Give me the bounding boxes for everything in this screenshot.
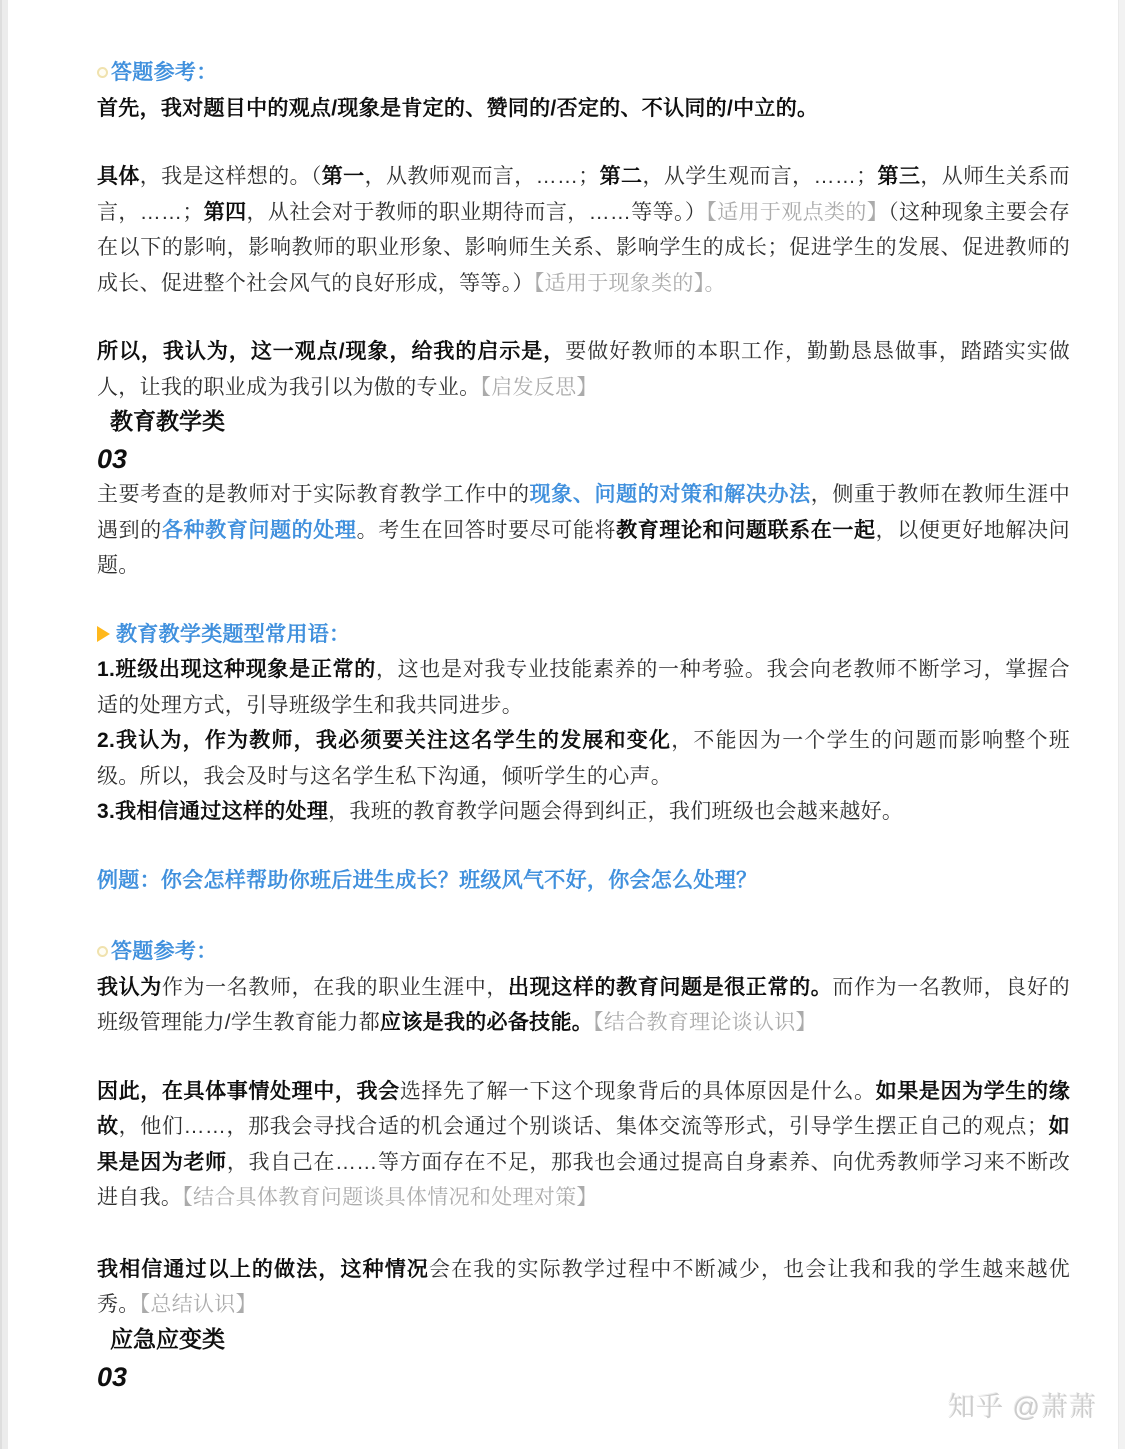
paragraph-edu-intro: 主要考查的是教师对于实际教育教学工作中的现象、问题的对策和解决办法，侧重于教师在… <box>97 477 1070 584</box>
list-item: 2.我认为，作为教师，我必须要关注这名学生的发展和变化，不能因为一个学生的问题而… <box>97 723 1070 794</box>
bracket-note: 【结合具体教育问题谈具体情况和处理对策】 <box>182 1186 598 1209</box>
section-number: 03 <box>97 441 1070 477</box>
text-run: ，我班的教育教学问题会得到纠正，我们班级也会越来越好。 <box>328 800 903 823</box>
text-run: 2.我认为，作为教师，我必须要关注这名学生的发展和变化 <box>97 729 671 752</box>
answer-reference-label: 答题参考： <box>111 940 218 963</box>
text-run: 。考生在回答时要尽可能将 <box>357 519 617 542</box>
answer-reference-label: 答题参考： <box>111 61 218 84</box>
text-run: 第一 <box>322 165 365 188</box>
text-run: 我相信通过以上的做法，这种情况 <box>97 1258 429 1281</box>
section-title-education-teaching: 教育教学类 <box>97 405 1070 437</box>
circle-bullet-icon <box>97 67 108 78</box>
arrow-right-icon <box>97 626 110 642</box>
common-phrases-label: 教育教学类题型常用语： <box>116 623 350 646</box>
text-run: ，从学生观而言，……； <box>642 165 877 188</box>
text-run: 首先，我对题目中的观点/现象是肯定的、赞同的/否定的、不认同的/中立的。 <box>97 97 818 120</box>
text-run: 主要考查的是教师对于实际教育教学工作中的 <box>97 483 530 506</box>
example-question: 例题：你会怎样帮助你班后进生成长？班级风气不好，你会怎么处理？ <box>97 863 1070 899</box>
section-title-emergency-response: 应急应变类 <box>97 1323 1070 1355</box>
text-run: 应该是我的必备技能。 <box>380 1011 593 1034</box>
text-run: ，从社会对于教师的职业期待而言，……等等。） <box>247 201 707 224</box>
zhihu-watermark: 知乎 @萧萧 <box>948 1385 1097 1424</box>
bracket-note: 【总结认识】 <box>140 1293 257 1316</box>
article-body: 答题参考： 首先，我对题目中的观点/现象是肯定的、赞同的/否定的、不认同的/中立… <box>97 55 1070 1395</box>
text-run: ，我是这样想的。（ <box>140 165 322 188</box>
text-run: 教育理论和问题联系在一起 <box>616 519 876 542</box>
circle-bullet-icon <box>97 946 108 957</box>
paragraph-specific: 具体，我是这样想的。（第一，从教师观而言，……；第二，从学生观而言，……；第三，… <box>97 159 1070 301</box>
section-number: 03 <box>97 1359 1070 1395</box>
text-run: 所以，我认为，这一观点/现象，给我的启示是， <box>97 340 565 363</box>
bracket-note: 【结合教育理论谈认识】 <box>593 1011 817 1034</box>
text-run: ，他们……，那我会寻找合适的机会通过个别谈话、集体交流等形式，引导学生摆正自己的… <box>119 1115 1049 1138</box>
highlight-blue-run: 现象、问题的对策和解决办法 <box>530 483 811 506</box>
answer-reference-heading: 答题参考： <box>97 55 1070 91</box>
bracket-note: 【适用于观点类的】 <box>706 201 888 224</box>
list-item: 1.班级出现这种现象是正常的，这也是对我专业技能素养的一种考验。我会向老教师不断… <box>97 652 1070 723</box>
paragraph-answer-2: 因此，在具体事情处理中，我会选择先了解一下这个现象背后的具体原因是什么。如果是因… <box>97 1074 1070 1216</box>
text-run: 3.我相信通过这样的处理 <box>97 800 328 823</box>
text-run: 我认为 <box>97 976 162 999</box>
list-item: 3.我相信通过这样的处理，我班的教育教学问题会得到纠正，我们班级也会越来越好。 <box>97 794 1070 830</box>
page-right-gutter <box>1118 0 1125 1449</box>
text-run: 1.班级出现这种现象是正常的 <box>97 658 376 681</box>
common-phrases-heading: 教育教学类题型常用语： <box>97 617 1070 653</box>
answer-reference-heading: 答题参考： <box>97 934 1070 970</box>
text-run: ，从教师观而言，……； <box>365 165 600 188</box>
text-run: 第三 <box>877 165 920 188</box>
paragraph-answer-3: 我相信通过以上的做法，这种情况会在我的实际教学过程中不断减少，也会让我和我的学生… <box>97 1252 1070 1323</box>
paragraph-firstly: 首先，我对题目中的观点/现象是肯定的、赞同的/否定的、不认同的/中立的。 <box>97 91 1070 127</box>
bracket-note: 【适用于现象类的】。 <box>534 272 726 295</box>
text-run: 具体 <box>97 165 140 188</box>
paragraph-therefore: 所以，我认为，这一观点/现象，给我的启示是，要做好教师的本职工作，勤勤恳恳做事，… <box>97 334 1070 405</box>
paragraph-answer-1: 我认为作为一名教师，在我的职业生涯中，出现这样的教育问题是很正常的。而作为一名教… <box>97 970 1070 1041</box>
text-run: 因此，在具体事情处理中，我会 <box>97 1080 400 1103</box>
text-run: 第四 <box>204 201 247 224</box>
page-left-gutter <box>0 0 8 1449</box>
highlight-blue-run: 各种教育问题的处理 <box>162 519 357 542</box>
bracket-note: 【启发反思】 <box>480 376 597 399</box>
text-run: 选择先了解一下这个现象背后的具体原因是什么。 <box>400 1080 876 1103</box>
text-run: 第二 <box>600 165 643 188</box>
text-run: 出现这样的教育问题是很正常的。 <box>508 976 832 999</box>
text-run: 作为一名教师，在我的职业生涯中， <box>162 976 508 999</box>
